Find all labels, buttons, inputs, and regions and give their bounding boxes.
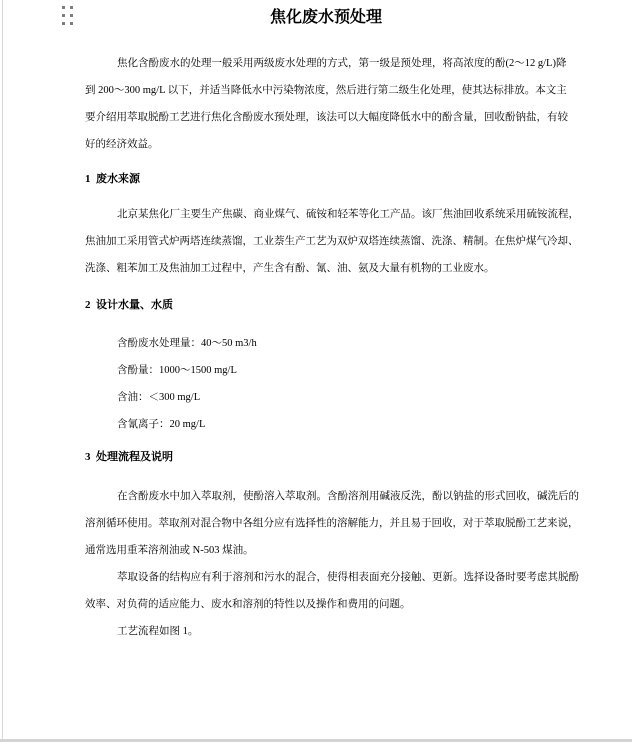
- design-spec-list: 含酚废水处理量：40～50 m3/h 含酚量：1000～1500 mg/L 含油…: [85, 330, 563, 438]
- text-line: 好的经济效益。: [85, 131, 563, 158]
- section3-paragraph-1: 在含酚废水中加入萃取剂，使酚溶入萃取剂。含酚溶剂用碱液反洗，酚以钠盐的形式回收，…: [85, 483, 563, 564]
- document-page: 焦化废水预处理 焦化含酚废水的处理一般采用两级废水处理的方式，第一级是预处理，将…: [0, 0, 632, 645]
- text-line: 要介绍用萃取脱酚工艺进行焦化含酚废水预处理，该法可以大幅度降低水中的酚含量，回收…: [85, 104, 563, 131]
- spec-line: 含油：＜300 mg/L: [85, 384, 563, 411]
- document-title: 焦化废水预处理: [10, 0, 632, 29]
- spec-line: 含酚废水处理量：40～50 m3/h: [85, 330, 563, 357]
- section-heading-3: 3 处理流程及说明: [85, 444, 563, 471]
- section3-paragraph-2: 萃取设备的结构应有利于溶剂和污水的混合，使得相表面充分接触、更新。选择设备时要考…: [85, 564, 563, 618]
- closing-paragraph: 工艺流程如图 1。: [85, 618, 563, 645]
- text-line: 焦油加工采用管式炉两塔连续蒸馏，工业萘生产工艺为双炉双塔连续蒸馏、洗涤、精制。在…: [85, 228, 563, 255]
- section-heading-2: 2 设计水量、水质: [85, 292, 563, 319]
- spec-line: 含氰离子：20 mg/L: [85, 411, 563, 438]
- text-line: 在含酚废水中加入萃取剂，使酚溶入萃取剂。含酚溶剂用碱液反洗，酚以钠盐的形式回收，…: [85, 483, 563, 510]
- document-body: 焦化含酚废水的处理一般采用两级废水处理的方式，第一级是预处理，将高浓度的酚(2～…: [85, 50, 563, 645]
- text-line: 工艺流程如图 1。: [85, 618, 563, 645]
- text-line: 效率、对负荷的适应能力、废水和溶剂的特性以及操作和费用的问题。: [85, 591, 563, 618]
- section-heading-1: 1 废水来源: [85, 166, 563, 193]
- text-line: 洗涤、粗苯加工及焦油加工过程中，产生含有酚、氰、油、氨及大量有机物的工业废水。: [85, 255, 563, 282]
- spec-line: 含酚量：1000～1500 mg/L: [85, 357, 563, 384]
- text-line: 北京某焦化厂主要生产焦碳、商业煤气、硫铵和轻苯等化工产品。该厂焦油回收系统采用硫…: [85, 201, 563, 228]
- intro-paragraph: 焦化含酚废水的处理一般采用两级废水处理的方式，第一级是预处理，将高浓度的酚(2～…: [85, 50, 563, 158]
- text-line: 通常选用重苯溶剂油或 N-503 煤油。: [85, 537, 563, 564]
- text-line: 到 200～300 mg/L 以下，并适当降低水中污染物浓度，然后进行第二级生化…: [85, 77, 563, 104]
- text-line: 焦化含酚废水的处理一般采用两级废水处理的方式，第一级是预处理，将高浓度的酚(2～…: [85, 50, 563, 77]
- page-left-edge: [2, 0, 3, 739]
- text-line: 溶剂循环使用。萃取剂对混合物中各组分应有选择性的溶解能力，并且易于回收，对于萃取…: [85, 510, 563, 537]
- section1-paragraph: 北京某焦化厂主要生产焦碳、商业煤气、硫铵和轻苯等化工产品。该厂焦油回收系统采用硫…: [85, 201, 563, 282]
- text-line: 萃取设备的结构应有利于溶剂和污水的混合，使得相表面充分接触、更新。选择设备时要考…: [85, 564, 563, 591]
